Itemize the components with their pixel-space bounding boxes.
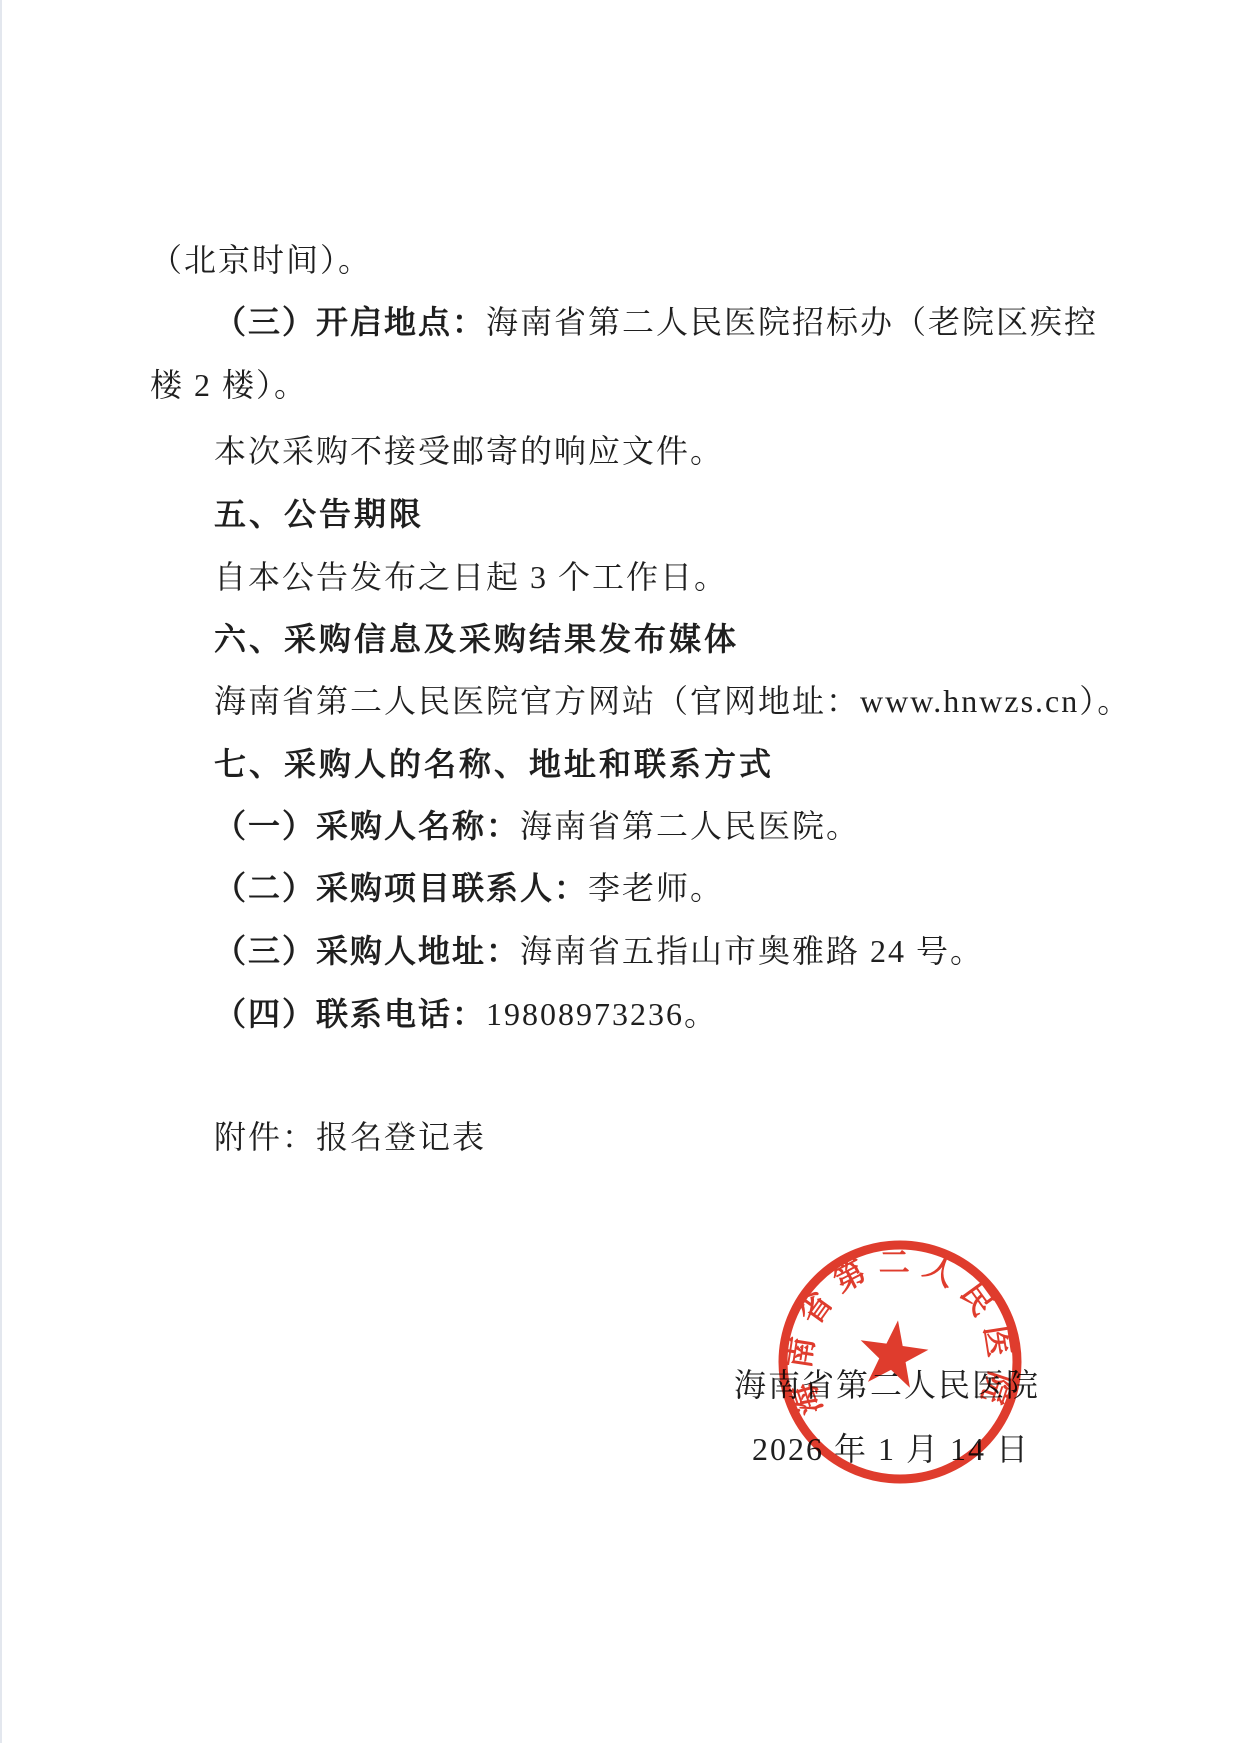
paragraph-line: 海南省第二人民医院官方网站（官网地址：www.hnwzs.cn）。	[150, 681, 1119, 721]
scan-edge-artifact	[0, 0, 2, 1743]
heading-text: 七、采购人的名称、地址和联系方式	[214, 746, 774, 782]
heading-text: 五、公告期限	[214, 496, 424, 532]
document-page: （北京时间）。 （三）开启地点：海南省第二人民医院招标办（老院区疾控 楼 2 楼…	[0, 0, 1239, 1743]
line-label: （二）采购项目联系人：	[214, 870, 588, 906]
line-text: 楼 2 楼）。	[150, 367, 308, 403]
paragraph-line: 自本公告发布之日起 3 个工作日。	[150, 557, 1119, 597]
section-heading: 五、公告期限	[150, 494, 1119, 534]
line-text: 海南省第二人民医院官方网站（官网地址：www.hnwzs.cn）。	[214, 683, 1131, 719]
line-text: 本次采购不接受邮寄的响应文件。	[214, 433, 724, 469]
line-text: 李老师。	[588, 870, 724, 906]
line-text: 19808973236。	[486, 996, 718, 1032]
line-text: 附件：报名登记表	[214, 1119, 486, 1155]
line-label: （四）联系电话：	[214, 996, 486, 1032]
attachment-line: 附件：报名登记表	[150, 1117, 1119, 1157]
line-text: （北京时间）。	[150, 242, 372, 278]
line-text: 海南省第二人民医院招标办（老院区疾控	[486, 304, 1098, 340]
paragraph-line: （二）采购项目联系人：李老师。	[150, 868, 1119, 908]
signature-org: 海南省第二人民医院	[734, 1360, 1040, 1406]
section-heading: 六、采购信息及采购结果发布媒体	[150, 619, 1119, 659]
paragraph-line: （一）采购人名称：海南省第二人民医院。	[150, 806, 1119, 846]
section-heading: 七、采购人的名称、地址和联系方式	[150, 744, 1119, 784]
paragraph-line: （三）采购人地址：海南省五指山市奥雅路 24 号。	[150, 931, 1119, 971]
line-label: （三）采购人地址：	[214, 933, 520, 969]
line-text: 海南省第二人民医院。	[520, 808, 860, 844]
line-label: （三）开启地点：	[214, 304, 486, 340]
paragraph-line: （四）联系电话：19808973236。	[150, 994, 1119, 1034]
heading-text: 六、采购信息及采购结果发布媒体	[214, 621, 739, 657]
signature-date: 2026 年 1 月 14 日	[752, 1424, 1030, 1470]
line-text: 海南省五指山市奥雅路 24 号。	[520, 933, 984, 969]
paragraph-line: 楼 2 楼）。	[150, 365, 1119, 405]
line-label: （一）采购人名称：	[214, 808, 520, 844]
paragraph-line: 本次采购不接受邮寄的响应文件。	[150, 431, 1119, 471]
paragraph-line: （北京时间）。	[150, 240, 1119, 280]
paragraph-line: （三）开启地点：海南省第二人民医院招标办（老院区疾控	[150, 302, 1119, 342]
line-text: 自本公告发布之日起 3 个工作日。	[214, 559, 728, 595]
